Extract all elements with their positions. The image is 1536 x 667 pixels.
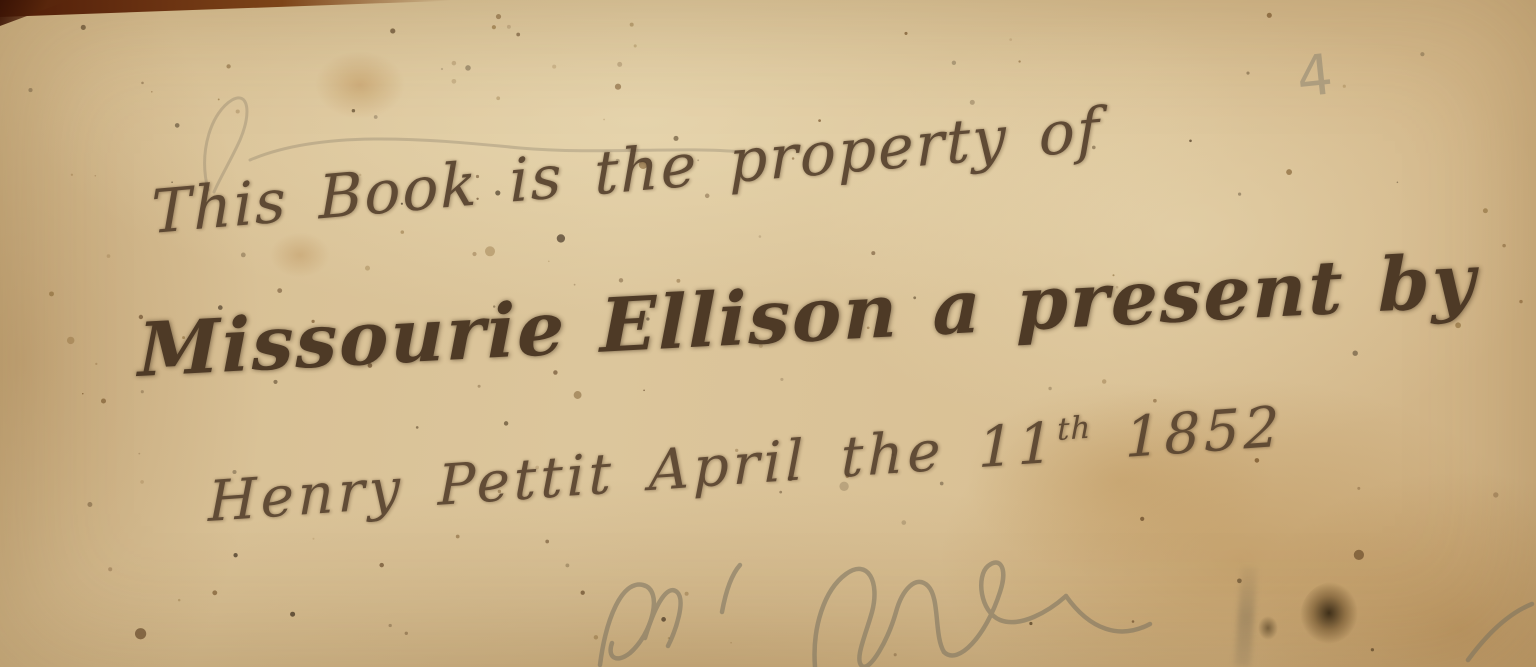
book-flyleaf-page: This Book is the property of Missourie E… <box>0 0 1536 667</box>
inscription-line-3: Henry Pettit April the 11th 1852 <box>208 395 1283 535</box>
dirt-smudge <box>1234 566 1257 667</box>
inscription-line-1: This Book is the property of <box>151 95 1102 248</box>
ink-blotch <box>1300 582 1358 644</box>
pencil-page-number: 4 <box>1294 42 1336 110</box>
inscription-line-2: Missourie Ellison a present by <box>138 238 1477 394</box>
inscription-ordinal-suffix: th <box>1057 410 1091 448</box>
inscription-line-3-year: 1852 <box>1091 395 1283 474</box>
inscription-line-3-date: Henry Pettit April the 11 <box>208 410 1057 535</box>
book-cover-edge <box>0 0 470 17</box>
